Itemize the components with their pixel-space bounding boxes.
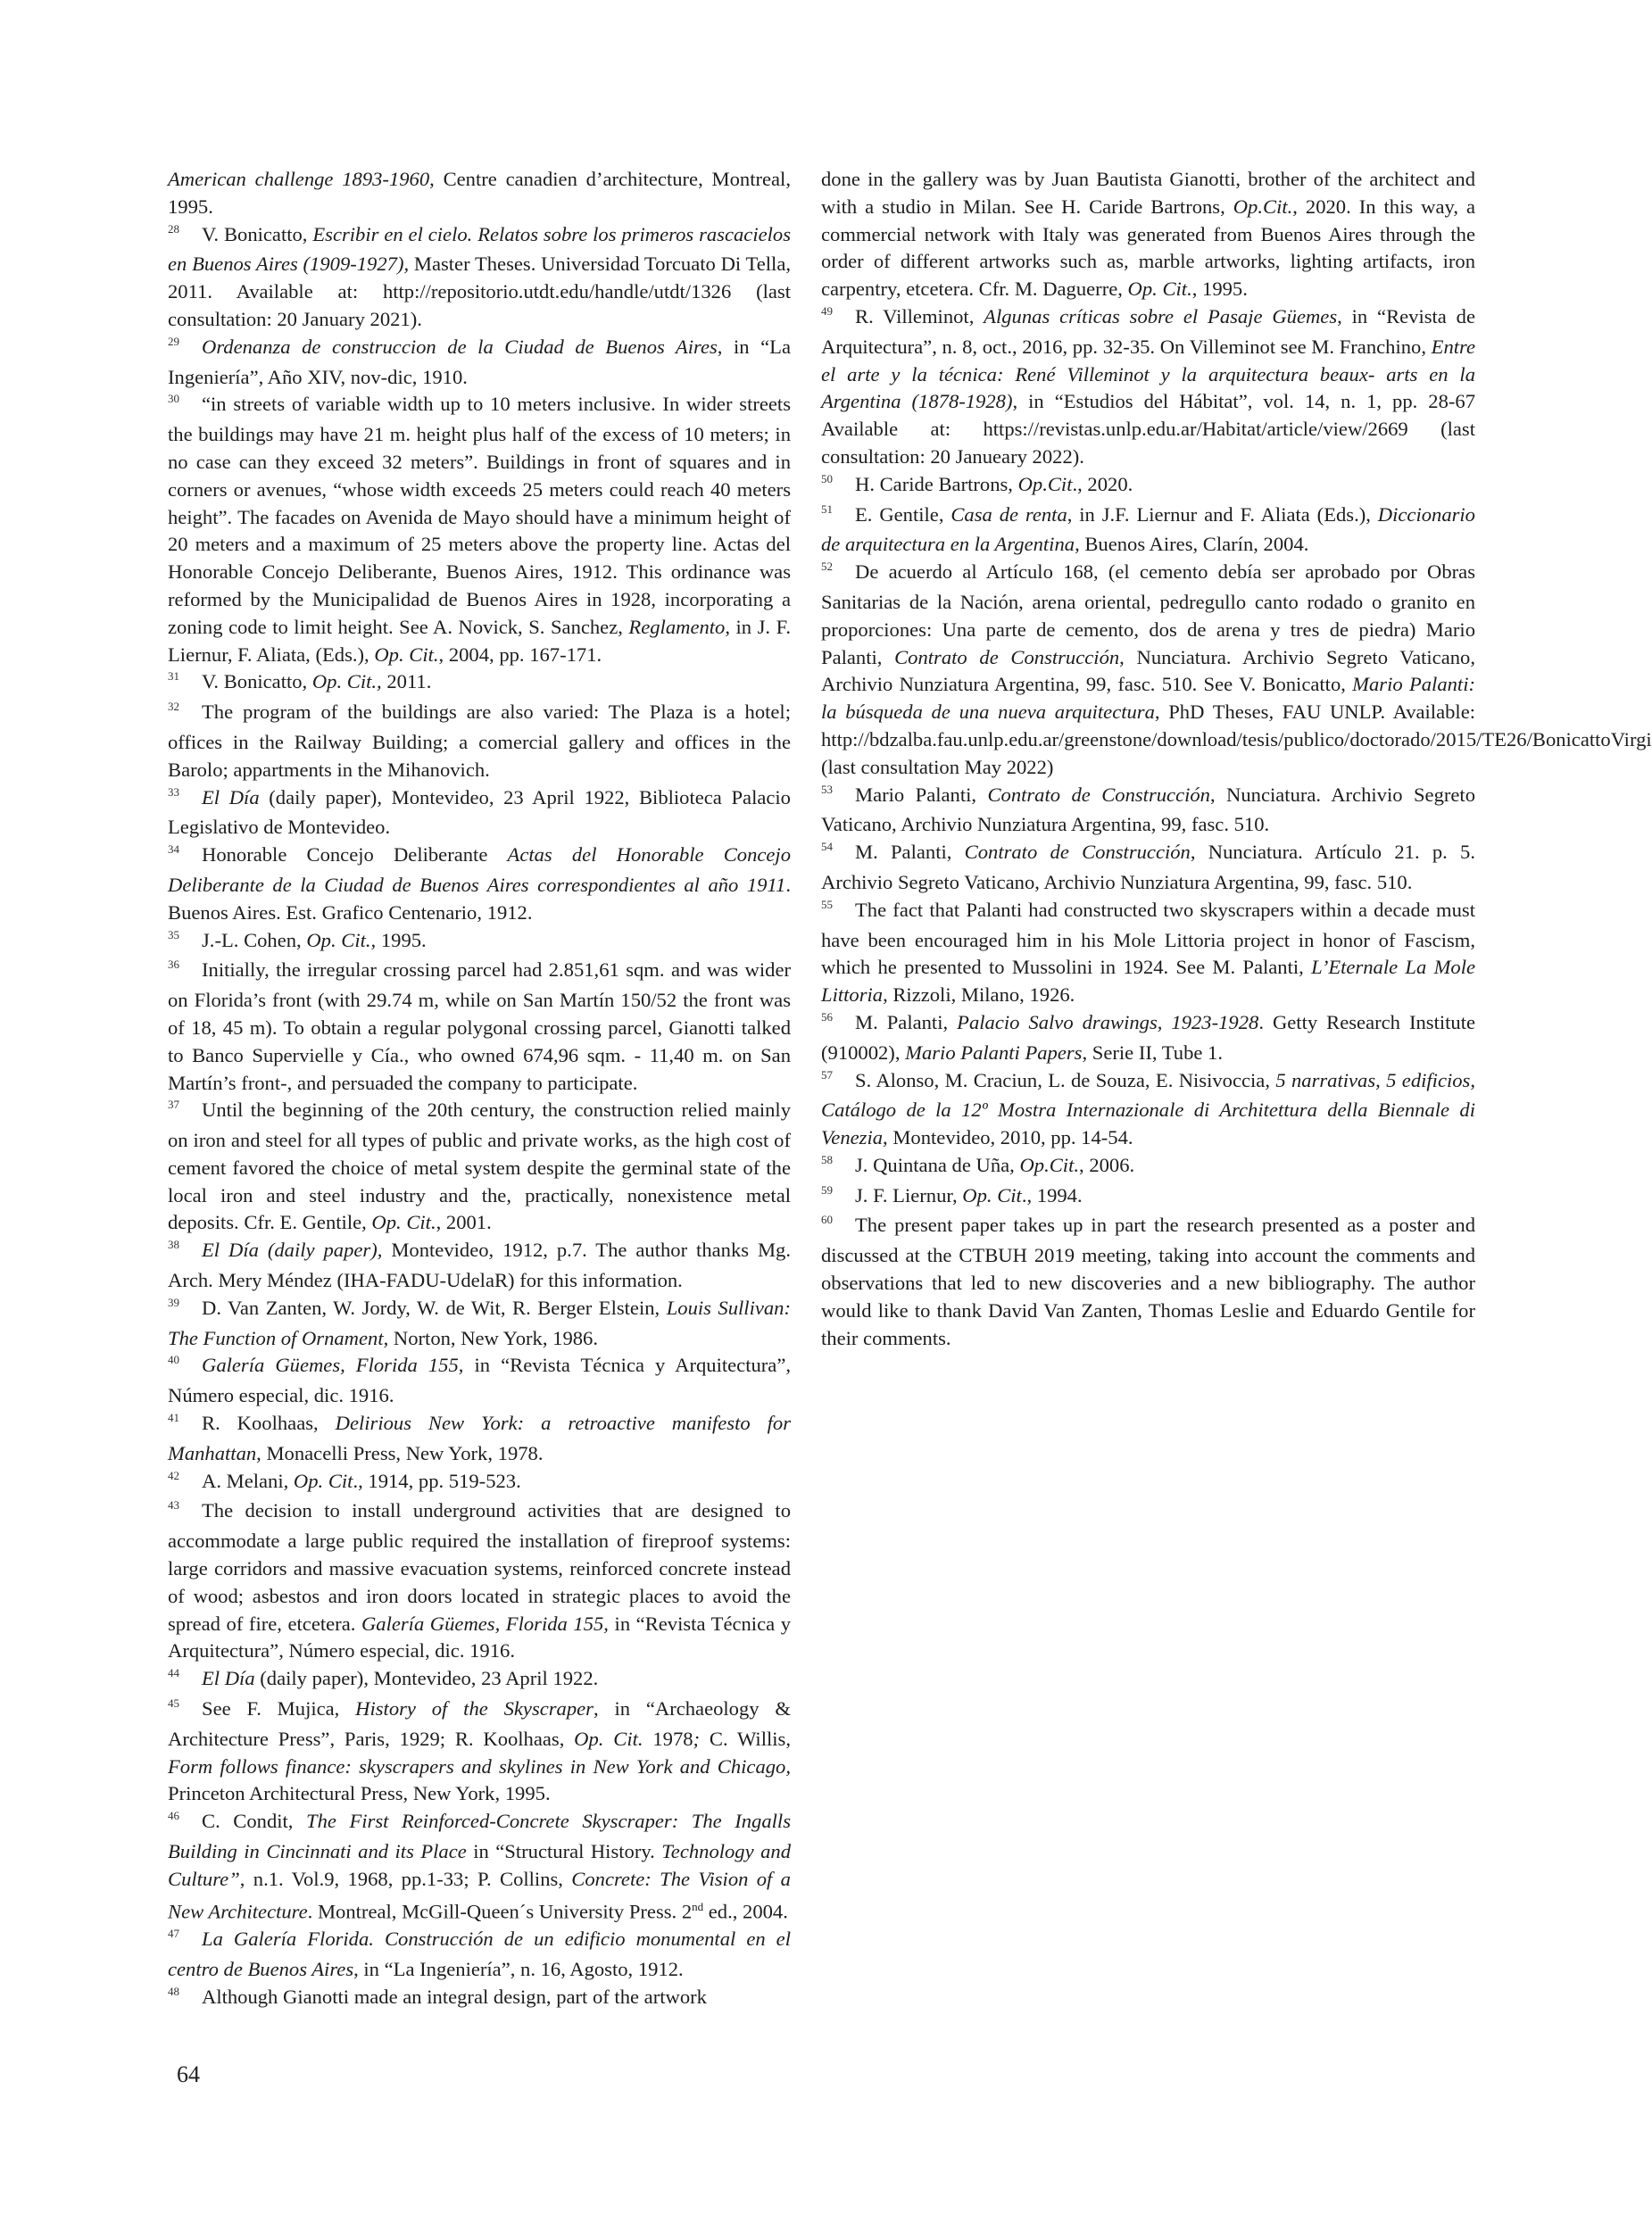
footnote-56: 56M. Palanti, Palacio Salvo drawings, 19… — [821, 1009, 1475, 1067]
footnote-47: 47La Galería Florida. Construcción de un… — [168, 1926, 791, 1984]
footnote-number: 45 — [168, 1690, 202, 1718]
footnote-number: 57 — [821, 1062, 855, 1090]
page-number: 64 — [177, 2061, 200, 2088]
footnote-number: 40 — [168, 1347, 202, 1374]
footnote-number: 59 — [821, 1177, 855, 1205]
footnote-54: 54M. Palanti, Contrato de Construcción, … — [821, 839, 1475, 897]
footnote-number: 41 — [168, 1405, 202, 1432]
footnote-number: 38 — [168, 1231, 202, 1259]
footnote-39: 39D. Van Zanten, W. Jordy, W. de Wit, R.… — [168, 1295, 791, 1353]
footnote-number: 58 — [821, 1147, 855, 1174]
footnotes-left-column: American challenge 1893-1960, Centre can… — [168, 166, 791, 2013]
footnote-continuation: done in the gallery was by Juan Bautista… — [821, 166, 1475, 303]
footnote-37: 37Until the beginning of the 20th centur… — [168, 1097, 791, 1237]
footnote-number: 33 — [168, 779, 202, 807]
footnote-48: 48Although Gianotti made an integral des… — [168, 1984, 791, 2014]
footnote-55: 55The fact that Palanti had constructed … — [821, 897, 1475, 1009]
footnote-29: 29Ordenanza de construccion de la Ciudad… — [168, 334, 791, 392]
footnote-57: 57S. Alonso, M. Craciun, L. de Souza, E.… — [821, 1067, 1475, 1152]
footnote-33: 33El Día (daily paper), Montevideo, 23 A… — [168, 784, 791, 842]
footnotes-right-column: done in the gallery was by Juan Bautista… — [821, 166, 1475, 1352]
footnote-46: 46C. Condit, The First Reinforced-Concre… — [168, 1808, 791, 1926]
footnote-number: 48 — [168, 1978, 202, 2006]
footnote-52: 52De acuerdo al Artículo 168, (el cement… — [821, 559, 1475, 781]
footnote-number: 31 — [168, 663, 202, 691]
footnote-45: 45See F. Mujica, History of the Skyscrap… — [168, 1696, 791, 1808]
footnote-number: 54 — [821, 833, 855, 861]
footnote-continuation: American challenge 1893-1960, Centre can… — [168, 166, 791, 221]
footnote-number: 44 — [168, 1660, 202, 1687]
footnote-58: 58J. Quintana de Uña, Op.Cit., 2006. — [821, 1152, 1475, 1182]
footnote-number: 29 — [168, 328, 202, 356]
footnote-41: 41R. Koolhaas, Delirious New York: a ret… — [168, 1410, 791, 1468]
document-page: American challenge 1893-1960, Centre can… — [0, 0, 1652, 2214]
footnote-34: 34Honorable Concejo Deliberante Actas de… — [168, 842, 791, 926]
footnote-number: 47 — [168, 1920, 202, 1948]
footnote-42: 42A. Melani, Op. Cit., 1914, pp. 519-523… — [168, 1468, 791, 1498]
footnote-50: 50H. Caride Bartrons, Op.Cit., 2020. — [821, 471, 1475, 502]
footnote-number: 53 — [821, 776, 855, 804]
footnote-number: 50 — [821, 466, 855, 493]
footnote-number: 39 — [168, 1289, 202, 1317]
footnote-number: 49 — [821, 298, 855, 326]
footnote-43: 43The decision to install underground ac… — [168, 1497, 791, 1665]
footnote-number: 52 — [821, 553, 855, 581]
footnote-60: 60The present paper takes up in part the… — [821, 1212, 1475, 1352]
footnote-32: 32The program of the buildings are also … — [168, 699, 791, 784]
footnote-number: 37 — [168, 1091, 202, 1119]
footnote-number: 55 — [821, 891, 855, 919]
footnote-40: 40Galería Güemes, Florida 155, in “Revis… — [168, 1352, 791, 1410]
footnote-number: 30 — [168, 386, 202, 413]
footnote-53: 53Mario Palanti, Contrato de Construcció… — [821, 782, 1475, 840]
footnote-38: 38El Día (daily paper), Montevideo, 1912… — [168, 1237, 791, 1295]
footnote-36: 36Initially, the irregular crossing parc… — [168, 957, 791, 1097]
footnote-number: 60 — [821, 1207, 855, 1234]
footnote-number: 42 — [168, 1463, 202, 1490]
footnote-31: 31V. Bonicatto, Op. Cit., 2011. — [168, 668, 791, 699]
footnote-number: 56 — [821, 1004, 855, 1032]
footnote-number: 36 — [168, 951, 202, 979]
footnote-49: 49R. Villeminot, Algunas críticas sobre … — [821, 303, 1475, 471]
footnote-number: 51 — [821, 496, 855, 524]
footnote-28: 28V. Bonicatto, Escribir en el cielo. Re… — [168, 221, 791, 334]
footnote-number: 35 — [168, 922, 202, 949]
footnote-number: 32 — [168, 693, 202, 721]
footnote-44: 44El Día (daily paper), Montevideo, 23 A… — [168, 1665, 791, 1696]
footnote-35: 35J.-L. Cohen, Op. Cit., 1995. — [168, 927, 791, 958]
footnote-30: 30“in streets of variable width up to 10… — [168, 391, 791, 668]
footnote-51: 51E. Gentile, Casa de renta, in J.F. Lie… — [821, 502, 1475, 560]
footnote-number: 46 — [168, 1803, 202, 1830]
footnote-59: 59J. F. Liernur, Op. Cit., 1994. — [821, 1182, 1475, 1213]
footnote-number: 43 — [168, 1492, 202, 1520]
footnote-number: 34 — [168, 836, 202, 864]
footnote-number: 28 — [168, 216, 202, 244]
